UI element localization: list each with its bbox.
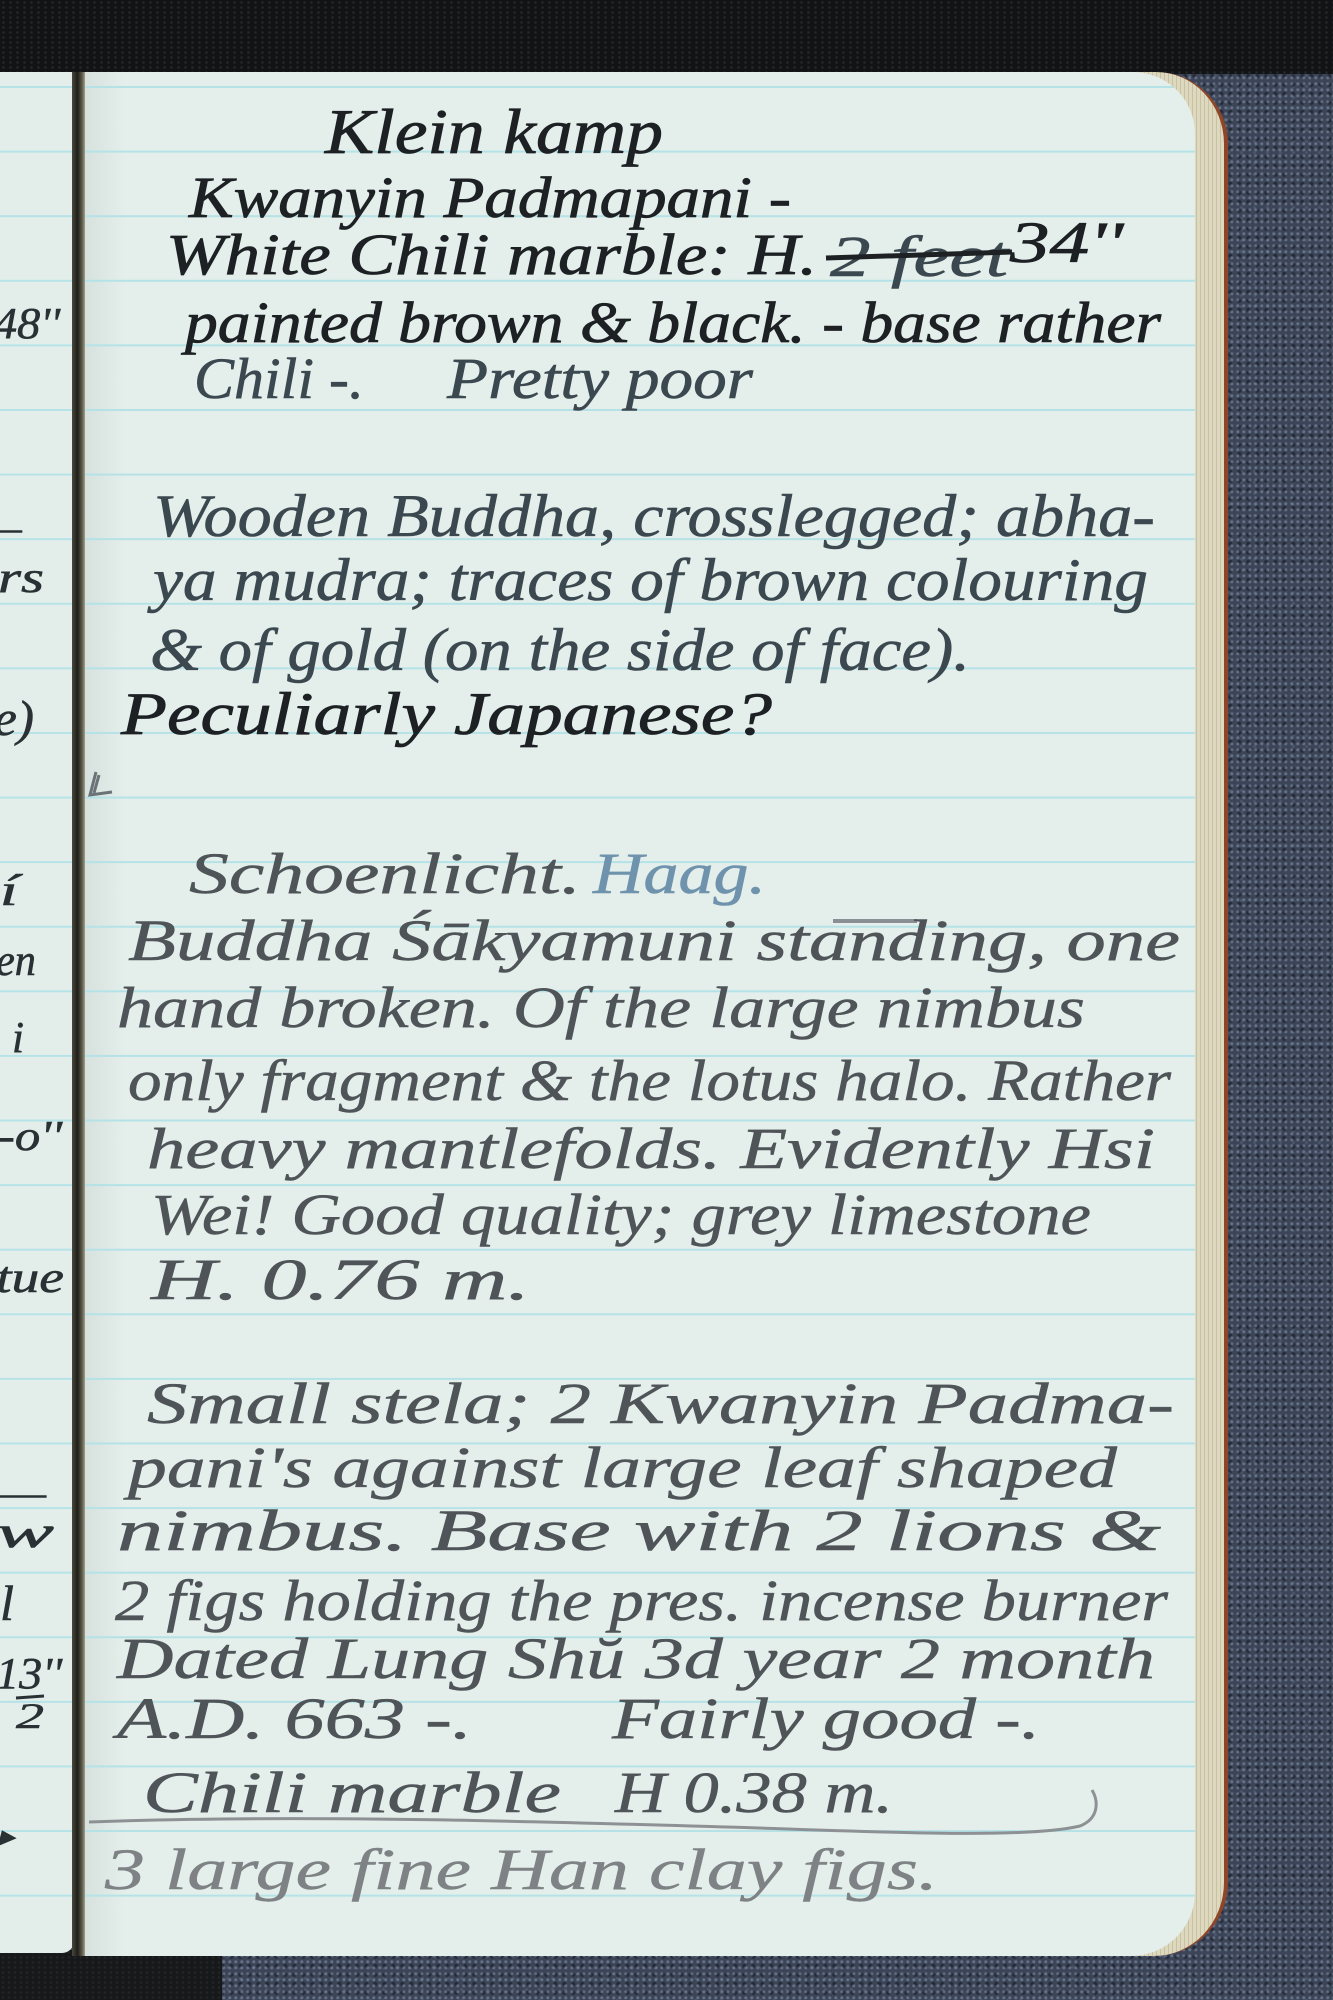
note-entry-schoenlicht: Schoenlicht. Haag. Buddha Śākyamuni stan… — [117, 841, 1180, 1312]
fragment: w — [0, 1508, 55, 1557]
fragment: í — [0, 866, 24, 915]
note-line: H. 0.76 m. — [149, 1247, 530, 1312]
note-line: 2 figs holding the pres. incense burner — [115, 1568, 1169, 1633]
arrow-mark-icon — [90, 772, 112, 795]
note-line: A.D. 663 -. — [111, 1686, 472, 1751]
left-page-fragments: 48'' — rs e) í en i -o'' tue — w l 13'' … — [0, 299, 64, 1853]
fragment: tue — [0, 1253, 64, 1302]
fragment: i — [12, 1013, 24, 1062]
note-line: nimbus. Base with 2 lions & — [117, 1498, 1161, 1563]
note-line: H 0.38 m. — [614, 1760, 893, 1825]
fragment: rs — [0, 553, 44, 602]
note-line: Small stela; 2 Kwanyin Padma- — [147, 1371, 1174, 1436]
note-line: ya mudra; traces of brown colouring — [146, 547, 1148, 613]
entry-location: Haag. — [592, 841, 766, 906]
note-line: Buddha Śākyamuni standing, one — [128, 908, 1180, 973]
fragment: en — [0, 936, 36, 985]
note-entry-small-stela: Small stela; 2 Kwanyin Padma- pani's aga… — [111, 1371, 1174, 1825]
note-line: Wei! Good quality; grey limestone — [151, 1182, 1091, 1247]
note-line: hand broken. Of the large nimbus — [117, 975, 1085, 1040]
note-line: Peculiarly Japanese? — [120, 681, 772, 747]
note-line: Kwanyin Padmapani - — [188, 165, 791, 230]
note-line: Chili marble — [143, 1760, 561, 1825]
fragment: 13'' — [0, 1649, 64, 1698]
note-entry-wooden-buddha: Wooden Buddha, crosslegged; abha- ya mud… — [120, 483, 1155, 747]
fragment: — — [0, 505, 22, 550]
handwriting-layer: 48'' — rs e) í en i -o'' tue — w l 13'' … — [0, 0, 1333, 2000]
note-line: Fairly good -. — [611, 1686, 1040, 1751]
note-line: Wooden Buddha, crosslegged; abha- — [153, 483, 1155, 549]
note-line: 34'' — [1009, 210, 1126, 275]
entry-heading: Schoenlicht. — [189, 841, 581, 906]
footnote-line: 3 large fine Han clay figs. — [104, 1837, 938, 1902]
fragment: e) — [0, 690, 34, 746]
note-entry-kleinkamp: Klein kamp Kwanyin Padmapani - White Chi… — [166, 96, 1161, 411]
fragment: l — [0, 1575, 14, 1631]
entry-heading: Klein kamp — [324, 96, 663, 167]
note-line: pani's against large leaf shaped — [123, 1435, 1119, 1500]
note-line: White Chili marble: H. — [166, 222, 817, 287]
fragment: -o'' — [0, 1114, 63, 1160]
note-line: heavy mantlefolds. Evidently Hsi — [147, 1116, 1155, 1181]
fragment: 2 — [16, 1696, 44, 1736]
note-line: Pretty poor — [446, 346, 754, 411]
note-line: Dated Lung Shŭ 3d year 2 month — [116, 1626, 1155, 1691]
note-line: only fragment & the lotus halo. Rather — [128, 1048, 1171, 1113]
note-line: Chili -. — [194, 346, 364, 411]
note-line: & of gold (on the side of face). — [150, 617, 970, 683]
fragment: ▸ — [0, 1820, 16, 1853]
fragment: 48'' — [0, 299, 62, 348]
